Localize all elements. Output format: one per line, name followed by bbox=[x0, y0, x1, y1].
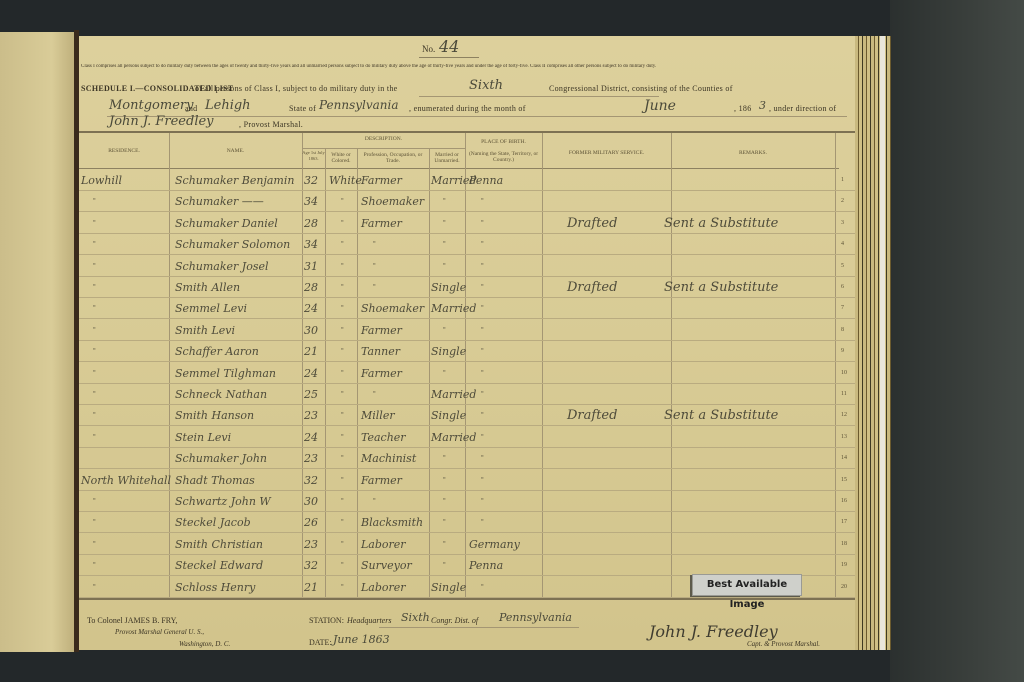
row-color: " bbox=[341, 491, 344, 512]
row-marital: Single bbox=[431, 277, 466, 298]
row-residence: " bbox=[93, 427, 96, 448]
table-row: "Schwartz John W30""""16 bbox=[79, 491, 855, 512]
row-age: 28 bbox=[304, 213, 318, 234]
row-profession: Farmer bbox=[361, 320, 402, 341]
row-age: 26 bbox=[304, 512, 318, 533]
table-row: "Schumaker Josel31""""5 bbox=[79, 256, 855, 277]
row-number: 12 bbox=[841, 412, 847, 418]
enumerated-label: , enumerated during the month of bbox=[409, 104, 526, 113]
station-suffix: Congr. Dist. of bbox=[431, 616, 478, 625]
row-residence: " bbox=[93, 363, 96, 384]
row-name: Smith Levi bbox=[175, 320, 235, 341]
table-row: "Smith Christian23"Laborer"Germany18 bbox=[79, 534, 855, 555]
row-birthplace: Germany bbox=[469, 534, 520, 555]
row-age: 30 bbox=[304, 491, 318, 512]
class-note: Class I comprises all persons subject to… bbox=[81, 64, 851, 69]
to-line: To Colonel JAMES B. FRY, bbox=[87, 616, 177, 625]
row-age: 34 bbox=[304, 234, 318, 255]
row-color: " bbox=[341, 427, 344, 448]
row-military-service: Drafted bbox=[567, 277, 617, 298]
row-number: 2 bbox=[841, 198, 844, 204]
row-age: 24 bbox=[304, 427, 318, 448]
row-number: 5 bbox=[841, 263, 844, 269]
row-residence: " bbox=[93, 298, 96, 319]
row-profession: Blacksmith bbox=[361, 512, 423, 533]
row-number: 19 bbox=[841, 562, 847, 568]
row-profession: " bbox=[373, 384, 376, 405]
row-profession: Farmer bbox=[361, 213, 402, 234]
col-age: Age 1st July 1863. bbox=[302, 150, 325, 162]
row-marital: Married bbox=[431, 298, 476, 319]
row-name: Smith Christian bbox=[175, 534, 263, 555]
row-name: Schumaker Daniel bbox=[175, 213, 278, 234]
row-profession: Tanner bbox=[361, 341, 400, 362]
row-military-service: Drafted bbox=[567, 405, 617, 426]
marshal-title: , Provost Marshal. bbox=[239, 120, 303, 129]
row-color: " bbox=[341, 363, 344, 384]
row-number: 11 bbox=[841, 391, 847, 397]
col-military: FORMER MILITARY SERVICE. bbox=[542, 150, 671, 156]
row-color: " bbox=[341, 298, 344, 319]
row-profession: " bbox=[373, 277, 376, 298]
row-birthplace: " bbox=[481, 341, 484, 362]
table-body: LowhillSchumaker Benjamin32WhiteFarmerMa… bbox=[79, 170, 855, 598]
date-value: June 1863 bbox=[333, 633, 390, 646]
row-marital: " bbox=[443, 448, 446, 469]
row-profession: Teacher bbox=[361, 427, 406, 448]
table-row: North WhitehallShadt Thomas32"Farmer""15 bbox=[79, 470, 855, 491]
table-row: "Semmel Tilghman24"Farmer""10 bbox=[79, 363, 855, 384]
row-name: Schumaker —— bbox=[175, 191, 264, 212]
row-birthplace: " bbox=[481, 491, 484, 512]
row-military-service: Drafted bbox=[567, 213, 617, 234]
and-label: and bbox=[185, 104, 197, 113]
table-row: "Schumaker ——34"Shoemaker""2 bbox=[79, 191, 855, 212]
row-marital: Married bbox=[431, 427, 476, 448]
row-number: 6 bbox=[841, 284, 844, 290]
row-marital: " bbox=[443, 256, 446, 277]
row-marital: Single bbox=[431, 577, 466, 598]
row-age: 34 bbox=[304, 191, 318, 212]
state: Pennsylvania bbox=[319, 98, 399, 112]
row-birthplace: Penna bbox=[469, 170, 503, 191]
row-residence: " bbox=[93, 512, 96, 533]
row-age: 23 bbox=[304, 534, 318, 555]
row-name: Schumaker Solomon bbox=[175, 234, 290, 255]
direction-label: , under direction of bbox=[769, 104, 836, 113]
row-age: 21 bbox=[304, 577, 318, 598]
row-age: 24 bbox=[304, 298, 318, 319]
to-place: Washington, D. C. bbox=[179, 640, 230, 648]
row-name: Smith Hanson bbox=[175, 405, 254, 426]
row-birthplace: " bbox=[481, 512, 484, 533]
row-name: Schaffer Aaron bbox=[175, 341, 259, 362]
row-marital: Single bbox=[431, 405, 466, 426]
background bbox=[890, 0, 1024, 682]
row-age: 28 bbox=[304, 277, 318, 298]
page-edges bbox=[855, 36, 891, 650]
month: June bbox=[644, 98, 676, 114]
row-birthplace: " bbox=[481, 277, 484, 298]
table-row: "Stein Levi24"TeacherMarried"13 bbox=[79, 427, 855, 448]
row-residence: " bbox=[93, 277, 96, 298]
date-label: DATE: bbox=[309, 638, 332, 647]
row-profession: Laborer bbox=[361, 577, 406, 598]
row-color: " bbox=[341, 191, 344, 212]
to-title: Provost Marshal General U. S., bbox=[115, 628, 204, 636]
row-profession: Shoemaker bbox=[361, 298, 424, 319]
row-name: Steckel Edward bbox=[175, 555, 263, 576]
row-remarks: Sent a Substitute bbox=[664, 213, 778, 234]
row-residence: " bbox=[93, 384, 96, 405]
row-profession: " bbox=[373, 256, 376, 277]
col-profession: Profession, Occupation, or Trade. bbox=[357, 152, 429, 164]
table-row: Schumaker John23"Machinist""14 bbox=[79, 448, 855, 469]
row-birthplace: " bbox=[481, 384, 484, 405]
schedule-text: of all persons of Class I, subject to do… bbox=[195, 84, 398, 93]
row-birthplace: " bbox=[481, 298, 484, 319]
table-row: "Schumaker Daniel28"Farmer""DraftedSent … bbox=[79, 213, 855, 234]
row-birthplace: " bbox=[481, 256, 484, 277]
row-profession: Miller bbox=[361, 405, 395, 426]
row-age: 32 bbox=[304, 170, 318, 191]
col-birthplace-sub: (Naming the State, Territory, or Country… bbox=[465, 151, 542, 163]
row-remarks: Sent a Substitute bbox=[664, 405, 778, 426]
row-marital: Married bbox=[431, 384, 476, 405]
row-marital: " bbox=[443, 470, 446, 491]
page-number: 44 bbox=[439, 37, 459, 56]
row-age: 24 bbox=[304, 363, 318, 384]
row-number: 3 bbox=[841, 220, 844, 226]
row-age: 31 bbox=[304, 256, 318, 277]
row-number: 14 bbox=[841, 455, 847, 461]
row-color: " bbox=[341, 213, 344, 234]
row-number: 4 bbox=[841, 241, 844, 247]
signature: John J. Freedley bbox=[649, 622, 778, 641]
row-profession: Laborer bbox=[361, 534, 406, 555]
row-profession: " bbox=[373, 234, 376, 255]
best-available-image-stamp: Best Available Image bbox=[692, 574, 802, 596]
row-birthplace: " bbox=[481, 448, 484, 469]
row-marital: " bbox=[443, 213, 446, 234]
row-birthplace: " bbox=[481, 405, 484, 426]
row-residence: " bbox=[93, 234, 96, 255]
row-number: 20 bbox=[841, 584, 847, 590]
col-birthplace: PLACE OF BIRTH. bbox=[465, 139, 542, 145]
row-name: Stein Levi bbox=[175, 427, 231, 448]
row-color: " bbox=[341, 470, 344, 491]
signature-title: Capt. & Provost Marshal. bbox=[747, 640, 820, 648]
row-residence: " bbox=[93, 534, 96, 555]
row-birthplace: " bbox=[481, 213, 484, 234]
row-age: 23 bbox=[304, 405, 318, 426]
row-residence: " bbox=[93, 555, 96, 576]
row-profession: Farmer bbox=[361, 170, 402, 191]
row-number: 15 bbox=[841, 477, 847, 483]
row-birthplace: " bbox=[481, 470, 484, 491]
row-name: Schumaker Josel bbox=[175, 256, 269, 277]
col-residence: RESIDENCE. bbox=[79, 148, 169, 154]
row-profession: Farmer bbox=[361, 363, 402, 384]
row-color: " bbox=[341, 534, 344, 555]
row-birthplace: " bbox=[481, 320, 484, 341]
district: Sixth bbox=[469, 78, 503, 93]
row-number: 13 bbox=[841, 434, 847, 440]
row-residence: " bbox=[93, 491, 96, 512]
row-birthplace: " bbox=[481, 191, 484, 212]
row-color: " bbox=[341, 384, 344, 405]
row-name: Steckel Jacob bbox=[175, 512, 251, 533]
row-color: " bbox=[341, 448, 344, 469]
row-color: " bbox=[341, 405, 344, 426]
row-marital: " bbox=[443, 191, 446, 212]
row-residence: Lowhill bbox=[81, 170, 122, 191]
row-color: " bbox=[341, 277, 344, 298]
row-residence: " bbox=[93, 341, 96, 362]
row-remarks: Sent a Substitute bbox=[664, 277, 778, 298]
row-number: 17 bbox=[841, 519, 847, 525]
table-row: "Smith Allen28""Single"DraftedSent a Sub… bbox=[79, 277, 855, 298]
col-color: White or Colored. bbox=[325, 152, 357, 164]
row-number: 9 bbox=[841, 348, 844, 354]
row-marital: " bbox=[443, 363, 446, 384]
county-2: Lehigh bbox=[205, 98, 251, 113]
row-name: Schneck Nathan bbox=[175, 384, 267, 405]
table-row: "Schaffer Aaron21"TannerSingle"9 bbox=[79, 341, 855, 362]
row-age: 25 bbox=[304, 384, 318, 405]
row-residence: " bbox=[93, 405, 96, 426]
marshal-name: John J. Freedley bbox=[109, 114, 214, 129]
row-residence: " bbox=[93, 191, 96, 212]
row-color: " bbox=[341, 341, 344, 362]
row-birthplace: " bbox=[481, 577, 484, 598]
row-marital: " bbox=[443, 534, 446, 555]
row-name: Shadt Thomas bbox=[175, 470, 255, 491]
row-number: 7 bbox=[841, 305, 844, 311]
row-name: Schwartz John W bbox=[175, 491, 271, 512]
row-birthplace: " bbox=[481, 427, 484, 448]
row-number: 10 bbox=[841, 370, 847, 376]
row-profession: Machinist bbox=[361, 448, 416, 469]
left-page bbox=[0, 32, 74, 652]
table-row: "Smith Hanson23"MillerSingle"DraftedSent… bbox=[79, 405, 855, 426]
table-row: LowhillSchumaker Benjamin32WhiteFarmerMa… bbox=[79, 170, 855, 191]
row-profession: Shoemaker bbox=[361, 191, 424, 212]
district-suffix: Congressional District, consisting of th… bbox=[549, 84, 733, 93]
row-name: Semmel Tilghman bbox=[175, 363, 276, 384]
row-color: White bbox=[329, 170, 362, 191]
row-name: Schloss Henry bbox=[175, 577, 255, 598]
table-row: "Steckel Jacob26"Blacksmith""17 bbox=[79, 512, 855, 533]
page-number-label: No. bbox=[422, 44, 435, 54]
row-residence: " bbox=[93, 213, 96, 234]
year-digit: 3 bbox=[759, 99, 766, 112]
row-age: 21 bbox=[304, 341, 318, 362]
row-name: Schumaker John bbox=[175, 448, 267, 469]
row-name: Semmel Levi bbox=[175, 298, 247, 319]
row-number: 8 bbox=[841, 327, 844, 333]
row-color: " bbox=[341, 256, 344, 277]
row-marital: Single bbox=[431, 341, 466, 362]
row-age: 32 bbox=[304, 555, 318, 576]
row-profession: Surveyor bbox=[361, 555, 412, 576]
year-label: , 186 bbox=[734, 104, 752, 113]
row-residence: " bbox=[93, 256, 96, 277]
row-residence: " bbox=[93, 577, 96, 598]
row-number: 1 bbox=[841, 177, 844, 183]
row-birthplace: " bbox=[481, 363, 484, 384]
table-row: "Schumaker Solomon34""""4 bbox=[79, 234, 855, 255]
row-residence: " bbox=[93, 320, 96, 341]
station-state: Pennsylvania bbox=[499, 611, 572, 624]
table-row: "Smith Levi30"Farmer""8 bbox=[79, 320, 855, 341]
row-marital: " bbox=[443, 512, 446, 533]
row-birthplace: " bbox=[481, 234, 484, 255]
station-text: Headquarters bbox=[347, 616, 391, 625]
row-birthplace: Penna bbox=[469, 555, 503, 576]
col-remarks: REMARKS. bbox=[671, 150, 835, 156]
col-marital: Married or Unmarried. bbox=[429, 152, 465, 164]
row-profession: Farmer bbox=[361, 470, 402, 491]
state-label: State of bbox=[289, 104, 316, 113]
table-row: "Schneck Nathan25""Married"11 bbox=[79, 384, 855, 405]
table-row: "Semmel Levi24"ShoemakerMarried"7 bbox=[79, 298, 855, 319]
col-name: NAME. bbox=[169, 148, 302, 154]
station-label: STATION: bbox=[309, 616, 344, 625]
row-profession: " bbox=[373, 491, 376, 512]
row-age: 30 bbox=[304, 320, 318, 341]
station-district: Sixth bbox=[401, 611, 430, 624]
row-age: 23 bbox=[304, 448, 318, 469]
row-number: 16 bbox=[841, 498, 847, 504]
row-number: 18 bbox=[841, 541, 847, 547]
county-1: Montgomery bbox=[109, 98, 193, 113]
row-color: " bbox=[341, 234, 344, 255]
row-marital: " bbox=[443, 234, 446, 255]
col-description: DESCRIPTION. bbox=[302, 136, 465, 142]
ledger-page: No. 44 Class I comprises all persons sub… bbox=[79, 36, 855, 650]
row-color: " bbox=[341, 577, 344, 598]
row-marital: " bbox=[443, 491, 446, 512]
row-residence: North Whitehall bbox=[81, 470, 171, 491]
row-name: Smith Allen bbox=[175, 277, 240, 298]
row-marital: " bbox=[443, 555, 446, 576]
row-color: " bbox=[341, 512, 344, 533]
row-color: " bbox=[341, 320, 344, 341]
row-color: " bbox=[341, 555, 344, 576]
row-name: Schumaker Benjamin bbox=[175, 170, 294, 191]
row-age: 32 bbox=[304, 470, 318, 491]
row-marital: " bbox=[443, 320, 446, 341]
